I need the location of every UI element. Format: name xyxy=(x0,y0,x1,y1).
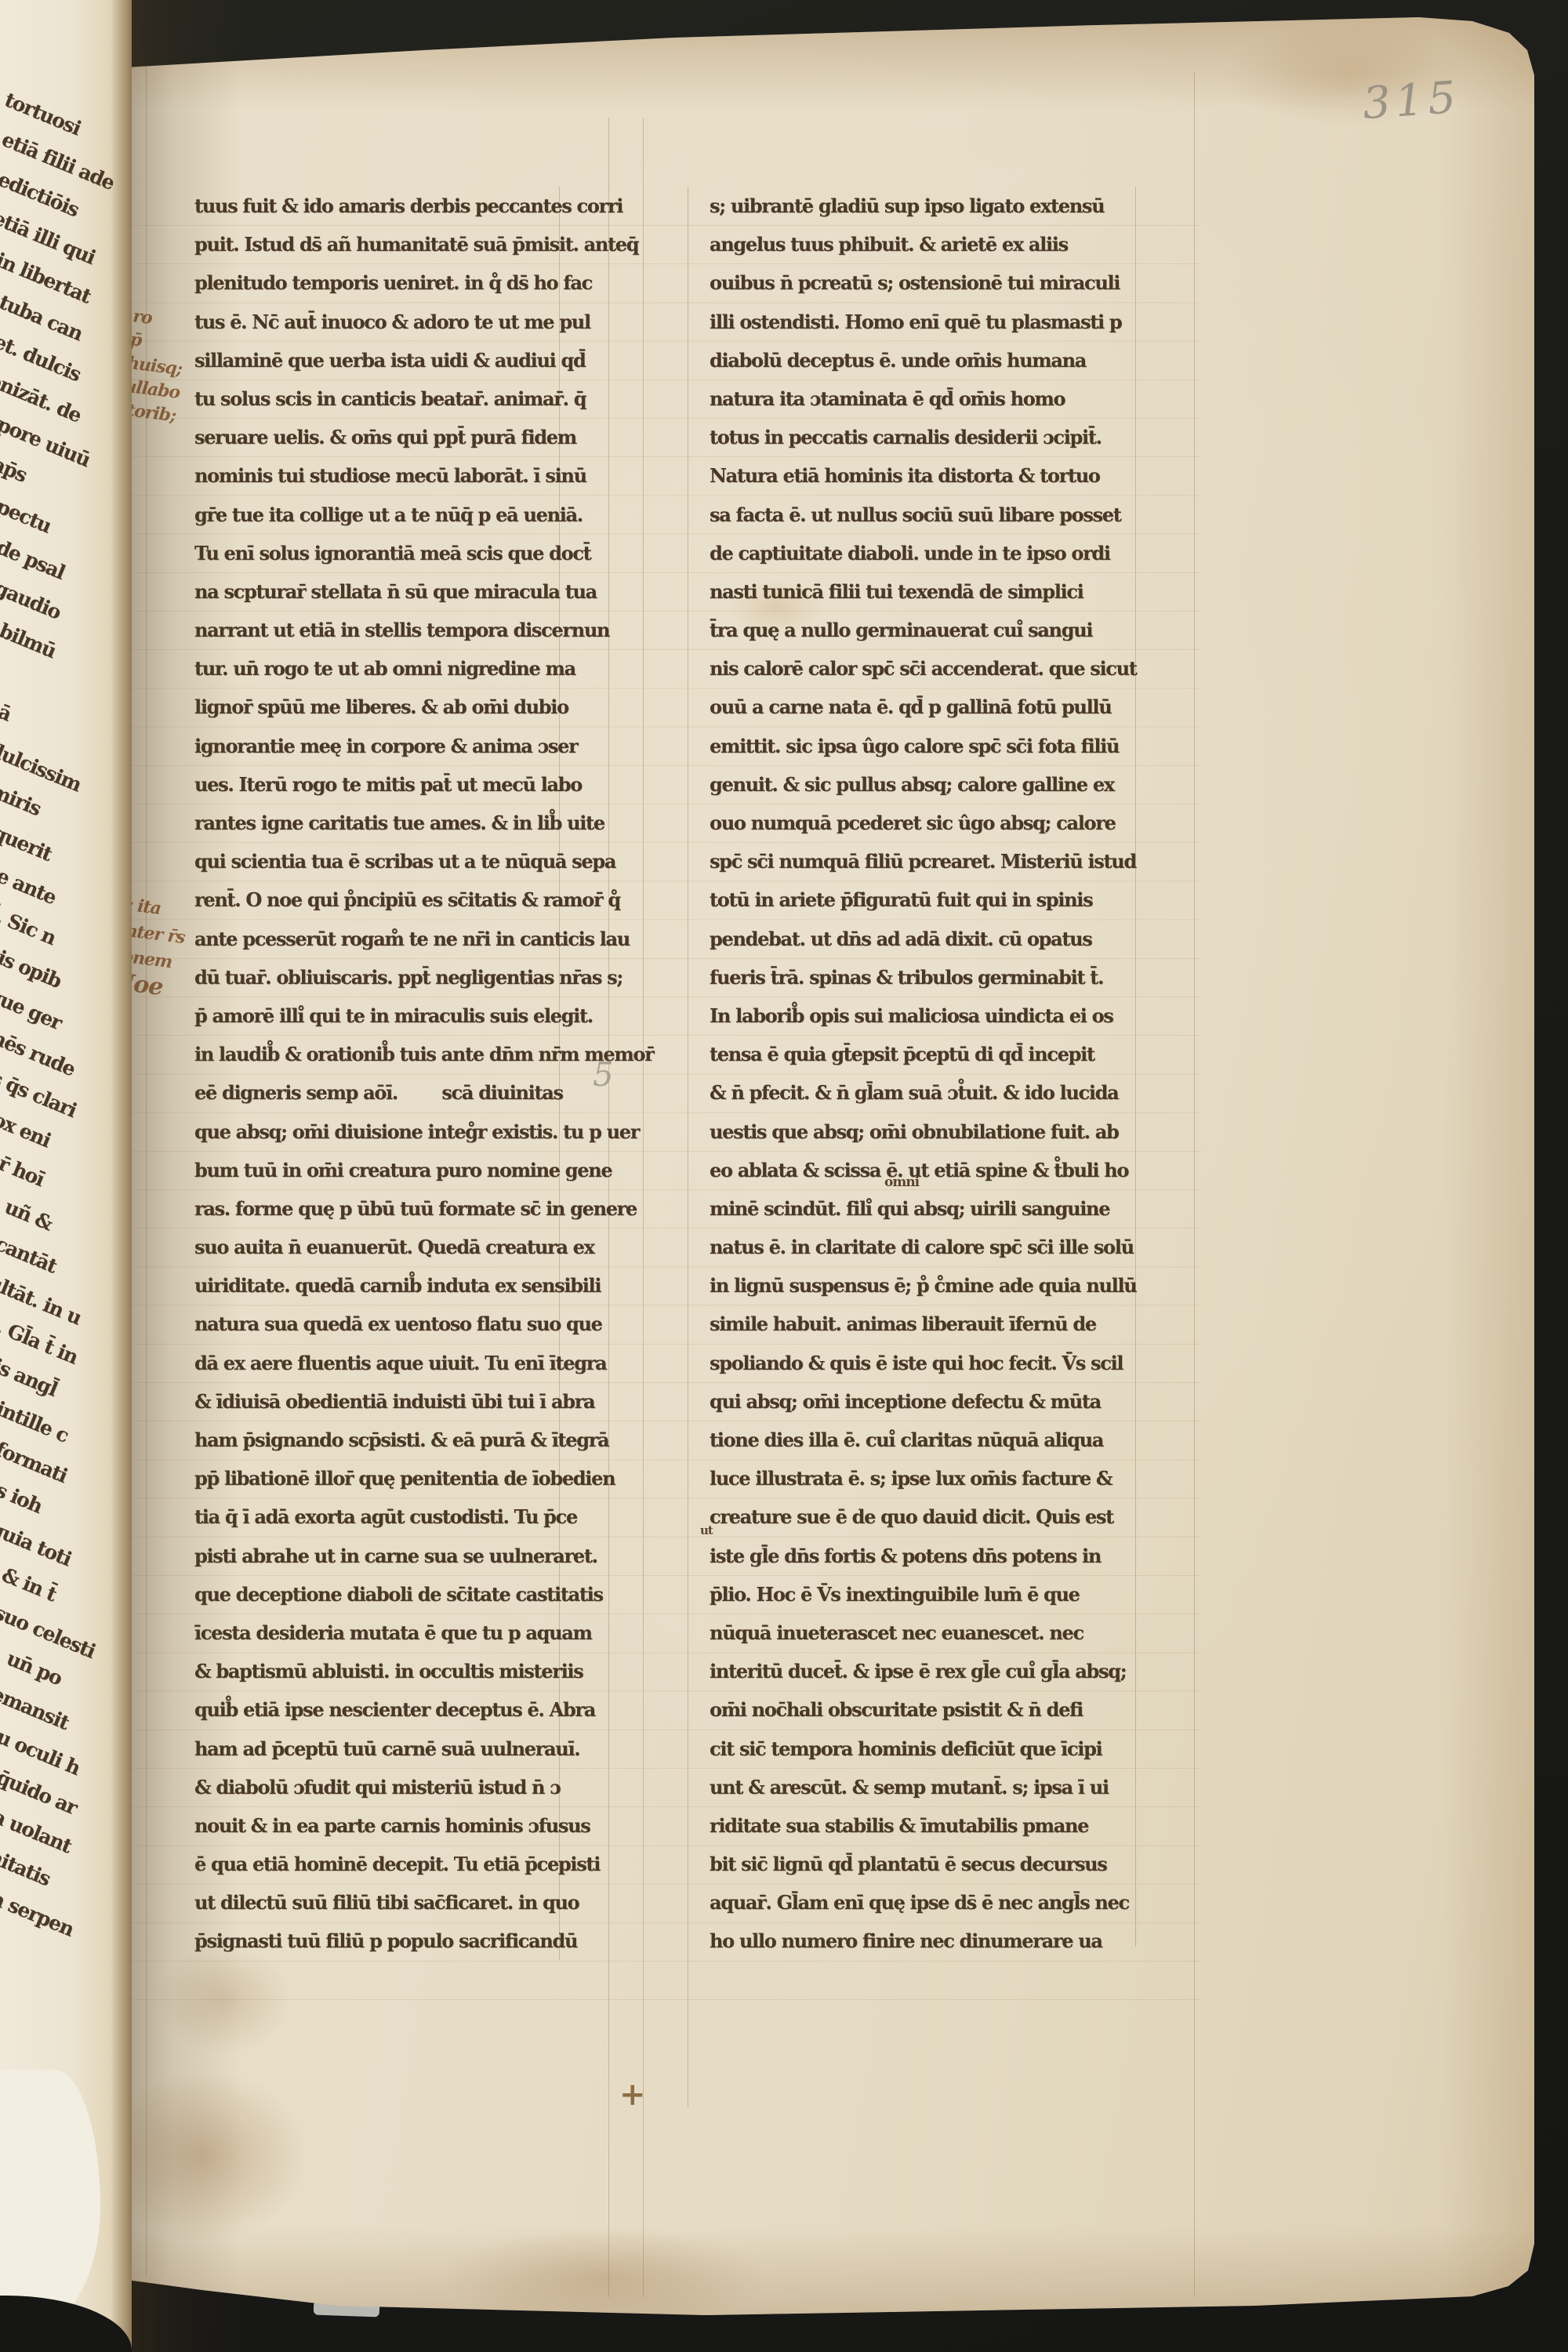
manuscript-text-line: qui scientia tua ē scribas ut a te nūquā… xyxy=(194,842,602,880)
interlinear-gloss: omni xyxy=(884,1174,919,1190)
manuscript-text-line: suo auita n̄ euanuerūt. Quedā creatura e… xyxy=(194,1228,602,1266)
manuscript-text-line: s; uibrantē gladiū sup ipso ligato exten… xyxy=(710,187,1137,225)
manuscript-text-line: in lignū suspensus ē; p̊ c̊mine ade quia… xyxy=(710,1266,1137,1305)
manuscript-text-line: tensa ē quia gt̄epsit p̄ceptū di qd̄ inc… xyxy=(710,1035,1137,1073)
pencil-mark-5: 5 xyxy=(593,1055,614,1094)
manuscript-text-line: tus ē. Nc̄ aut̄ inuoco & adoro te ut me … xyxy=(194,303,602,341)
manuscript-text-line: natus ē. in claritate di calore spc̄ sc̄… xyxy=(710,1228,1137,1266)
manuscript-text-line: & n̄ pfecit. & n̄ gl̄am suā ɔt̊uit. & id… xyxy=(710,1073,1137,1112)
manuscript-text-line: que deceptione diaboli de sc̄itate casti… xyxy=(194,1575,602,1613)
manuscript-text-line: diabolū deceptus ē. unde om̄is humana xyxy=(710,341,1137,379)
previous-page-edge: at. Tu etiā tam tortuosiuū n̄ fuisti. si… xyxy=(0,0,132,2352)
manuscript-text-line: spc̄ sc̄i numquā filiū pcrearet. Misteri… xyxy=(710,842,1137,880)
manuscript-text-line: nominis tui studiose mecū laborāt. ī sin… xyxy=(194,456,602,495)
manuscript-text-line: ut dilectū suū filiū tibi sac̄ficaret. i… xyxy=(194,1883,602,1922)
manuscript-text-line: gr̄e tue ita collige ut a te nūq̄ p eā u… xyxy=(194,495,602,534)
manuscript-text-line: ouo numquā pcederet sic ûgo absq; calore xyxy=(710,804,1137,842)
manuscript-text-line: emittit. sic ipsa ûgo calore spc̄ sc̄i f… xyxy=(710,727,1137,765)
manuscript-text-line: rantes igne caritatis tue ames. & in lib… xyxy=(194,804,602,842)
manuscript-text-line: ras. forme quę p ūbū tuū formate sc̄ in … xyxy=(194,1189,602,1228)
manuscript-text-line: t̄ra quę a nullo germinauerat cui̊ sangu… xyxy=(710,611,1137,649)
manuscript-text-line: nouit & in ea parte carnis hominis ɔfusu… xyxy=(194,1806,602,1845)
manuscript-text-line: nis calorē calor spc̄ sc̄i accenderat. q… xyxy=(710,649,1137,688)
quire-cross-mark: + xyxy=(619,2076,646,2113)
vertical-ruling-line xyxy=(1194,72,1195,2297)
manuscript-text-line: ouibus n̄ pcreatū s; ostensionē tui mira… xyxy=(710,263,1137,302)
manuscript-text-line: creature sue ē de quo dauid dicit. Quis … xyxy=(710,1497,1137,1536)
manuscript-text-line: totus in peccatis carnalis desiderii ɔci… xyxy=(710,418,1137,456)
manuscript-text-line: In laborib̊ opis sui maliciosa uindicta … xyxy=(710,996,1137,1035)
manuscript-text-line: dā ex aere fluentis aque uiuit. Tu enī ī… xyxy=(194,1344,602,1382)
manuscript-text-line: aquar̄. Gl̄am enī quę ipse ds̄ ē nec ang… xyxy=(710,1883,1137,1922)
manuscript-text-line: p̄signasti tuū filiū p populo sacrifican… xyxy=(194,1922,602,1960)
manuscript-text-line: ham p̄signando scp̄sisti. & eā purā & īt… xyxy=(194,1421,602,1459)
manuscript-text-line: tu solus scis in canticis beatar̄. anima… xyxy=(194,379,602,418)
text-column-right: s; uibrantē gladiū sup ipso ligato exten… xyxy=(710,187,1137,1961)
manuscript-text-line: ouū a carne nata ē. qd̄ p gallinā fotū p… xyxy=(710,688,1137,726)
manuscript-text-line: quib̊ etiā ipse nescienter deceptus ē. A… xyxy=(194,1690,602,1729)
manuscript-text-line: tuus fuit & ido amaris derbis peccantes … xyxy=(194,187,602,225)
manuscript-text-line: p̄ amorē illi̊ qui te in miraculis suis … xyxy=(194,996,602,1035)
manuscript-text-line: que absq; om̄i diuisione integ̊r existis… xyxy=(194,1112,602,1151)
manuscript-text-line: interitū ducet̄. & ipse ē rex gl̄e cui̊ … xyxy=(710,1652,1137,1690)
manuscript-text-line: & diabolū ɔfudit qui misteriū istud n̄ ɔ xyxy=(194,1768,602,1806)
manuscript-text-line: sa facta ē. ut nullus sociū suū libare p… xyxy=(710,495,1137,534)
manuscript-text-line: p̄lio. Hoc ē V̄s inextinguibile lum̄ ē q… xyxy=(710,1575,1137,1613)
manuscript-text-line: ham ad p̄ceptū tuū carnē suā uulnerauī. xyxy=(194,1730,602,1768)
text-column-left: tuus fuit & ido amaris derbis peccantes … xyxy=(194,187,602,1961)
gutter-shadow xyxy=(124,0,241,2352)
manuscript-text-line: pendebat. ut dn̄s ad adā dixit. cū opatu… xyxy=(710,920,1137,958)
manuscript-text-line: fueris t̄rā. spinas & tribulos germinabi… xyxy=(710,958,1137,996)
manuscript-text-line: cit sic̄ tempora hominis deficiūt que īc… xyxy=(710,1730,1137,1768)
manuscript-text-line: tia q̄ ī adā exorta agūt custodisti. Tu … xyxy=(194,1497,602,1536)
manuscript-text-line: in laudib̊ & orationib̊ tuis ante dn̄m n… xyxy=(194,1035,602,1073)
manuscript-text-line: nasti tunicā filii tui texendā de simpli… xyxy=(710,572,1137,611)
manuscript-text-line: riditate sua stabilis & īmutabilis pmane xyxy=(710,1806,1137,1845)
manuscript-text-line: na scpturar̄ stellata n̄ sū que miracula… xyxy=(194,572,602,611)
manuscript-text-line: pisti abrahe ut in carne sua se uulnerar… xyxy=(194,1537,602,1575)
manuscript-text-line: ho ullo numero finire nec dinumerare ua xyxy=(710,1922,1137,1960)
manuscript-text-line: seruare uelis. & om̄s qui ppt̄ purā fide… xyxy=(194,418,602,456)
manuscript-text-line: & baptismū abluisti. in occultis misteri… xyxy=(194,1652,602,1690)
manuscript-text-line: eē digneris semp aōī. scā diuinitas xyxy=(194,1073,602,1112)
manuscript-text-line: qui absq; om̄i inceptione defectu & mūta xyxy=(710,1382,1137,1421)
manuscript-text-line: Tu enī solus ignorantiā meā scis que doc… xyxy=(194,534,602,572)
manuscript-text-line: illi ostendisti. Homo enī quē tu plasmas… xyxy=(710,303,1137,341)
manuscript-text-line: natura sua quedā ex uentoso flatu suo qu… xyxy=(194,1305,602,1343)
manuscript-text-line: Natura etiā hominis ita distorta & tortu… xyxy=(710,456,1137,495)
photograph-background: tuus fuit & ido amaris derbis peccantes … xyxy=(0,0,1568,2352)
manuscript-text-line: natura ita ɔtaminata ē qd̄ om̄is homo xyxy=(710,379,1137,418)
manuscript-text-line: pp̄ libationē illor̄ quę penitentia de ī… xyxy=(194,1459,602,1497)
manuscript-text-line: simile habuit. animas liberauit īfernū d… xyxy=(710,1305,1137,1343)
interlinear-gloss: ut xyxy=(700,1523,713,1537)
manuscript-text-line: dū tuar̄. obliuiscaris. ppt̄ negligentia… xyxy=(194,958,602,996)
manuscript-text-line: ante pcesserūt rogam̊ te ne nr̄i in cant… xyxy=(194,920,602,958)
manuscript-text-line: īcesta desideria mutata ē que tu p aquam xyxy=(194,1613,602,1652)
parchment-stain xyxy=(439,2227,768,2328)
manuscript-text-line: plenitudo temporis ueniret. in q̊ ds̄ ho… xyxy=(194,263,602,302)
vertical-ruling-line xyxy=(688,187,688,2107)
manuscript-text-line: eo ablata & scissa ē. ut etiā spine & t̊… xyxy=(710,1151,1137,1189)
manuscript-text-line: ignorantie meę in corpore & anima ɔser xyxy=(194,727,602,765)
manuscript-text-line: puit. Istud ds̄ añ humanitatē suā p̄misi… xyxy=(194,225,602,263)
manuscript-text-line: rent̄. O noe qui p̊ncipiū es sc̄itatis &… xyxy=(194,880,602,919)
manuscript-text-line: minē scindūt. fili̊ qui absq; uirili san… xyxy=(710,1189,1137,1228)
manuscript-text-line: iste gl̄e dn̄s fortis & potens dn̄s pote… xyxy=(710,1537,1137,1575)
manuscript-text-line: totū in ariete p̄figuratū fuit qui in sp… xyxy=(710,880,1137,919)
manuscript-text-line: bit sic̄ lignū qd̄ plantatū ē secus decu… xyxy=(710,1845,1137,1883)
manuscript-text-line: uiriditate. quedā carnib̊ induta ex sens… xyxy=(194,1266,602,1305)
manuscript-text-line: tur. un̄ rogo te ut ab omni nigredine ma xyxy=(194,649,602,688)
manuscript-text-line: uestis que absq; om̄i obnubilatione fuit… xyxy=(710,1112,1137,1151)
manuscript-text-line: spoliando & quis ē iste qui hoc fecit. V… xyxy=(710,1344,1137,1382)
folio-number-pencil: 315 xyxy=(1361,72,1462,130)
manuscript-text-line: nūquā inueterascet nec euanescet. nec xyxy=(710,1613,1137,1652)
page-right-edge-shading xyxy=(1443,16,1537,2321)
manuscript-text-line: lignor̄ spūū me liberes. & ab om̄i dubio xyxy=(194,688,602,726)
manuscript-text-line: sillaminē que uerba ista uidi & audiui q… xyxy=(194,341,602,379)
manuscript-text-line: narrant ut etiā in stellis tempora disce… xyxy=(194,611,602,649)
manuscript-text-line: de captiuitate diaboli. unde in te ipso … xyxy=(710,534,1137,572)
manuscript-text-line: bum tuū in om̄i creatura puro nomine gen… xyxy=(194,1151,602,1189)
manuscript-text-line: om̄i noc̄hali obscuritate psistit & n̄ d… xyxy=(710,1690,1137,1729)
manuscript-text-line: angelus tuus phibuit. & arietē ex aliis xyxy=(710,225,1137,263)
manuscript-text-line: tione dies illa ē. cui̊ claritas nūquā a… xyxy=(710,1421,1137,1459)
manuscript-text-line: ē qua etiā hominē decepit. Tu etiā p̄cep… xyxy=(194,1845,602,1883)
manuscript-text-line: genuit. & sic pullus absq; calore gallin… xyxy=(710,765,1137,804)
page-curl-shadow xyxy=(111,0,132,2352)
manuscript-text-line: & īdiuisā obedientiā induisti ūbi tui ī … xyxy=(194,1382,602,1421)
previous-page-lower-edge xyxy=(0,2070,100,2328)
vertical-ruling-line xyxy=(643,118,644,2297)
manuscript-text-line: unt & arescūt. & semp mutant̄. s; ipsa ī… xyxy=(710,1768,1137,1806)
manuscript-text-line: luce illustrata ē. s; ipse lux om̄is fac… xyxy=(710,1459,1137,1497)
manuscript-text-line: ues. Iterū rogo te mitis pat̄ ut mecū la… xyxy=(194,765,602,804)
